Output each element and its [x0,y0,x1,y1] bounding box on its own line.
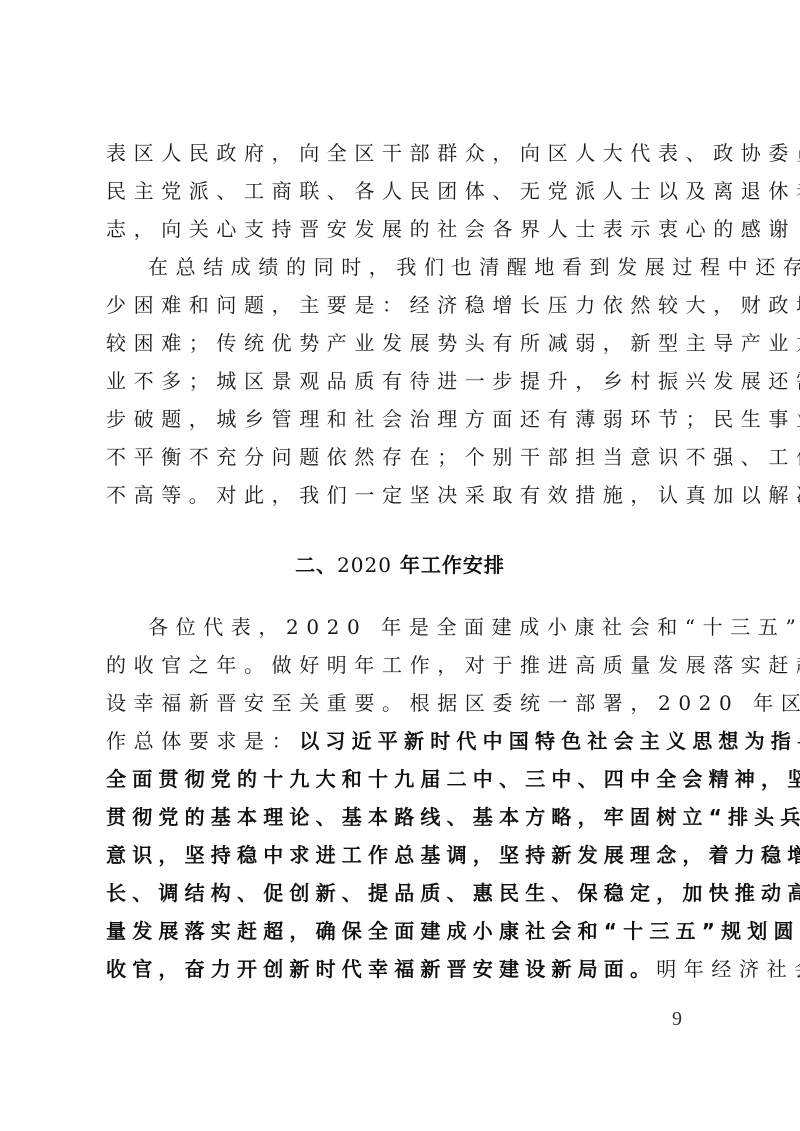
text-line: 表区人民政府，向全区干部群众，向区人大代表、政协委员和各 [106,138,706,168]
text-line: 设幸福新晋安至关重要。根据区委统一部署，2020 年区政府工 [106,688,706,718]
text-line: 在总结成绩的同时，我们也清醒地看到发展过程中还存在不 [148,252,748,282]
text-normal: 作总体要求是： [106,729,299,753]
text-line: 的收官之年。做好明年工作，对于推进高质量发展落实赶超、建 [106,650,706,680]
text-line: 作总体要求是：以习近平新时代中国特色社会主义思想为指导， [106,726,706,756]
text-line: 步破题，城乡管理和社会治理方面还有薄弱环节；民生事业发展 [106,404,706,434]
text-line: 不平衡不充分问题依然存在；个别干部担当意识不强、工作标准 [106,442,706,472]
heading-prefix: 二、 [295,553,337,577]
text-bold: 收官，奋力开创新时代幸福新晋安建设新局面。 [106,957,656,981]
text-line: 民主党派、工商联、各人民团体、无党派人士以及离退休老同 [106,176,706,206]
text-line: 少困难和问题，主要是：经济稳增长压力依然较大，财政增收比 [106,290,706,320]
text-line: 各位代表，2020 年是全面建成小康社会和“十三五”规划 [148,612,748,642]
text-line-bold: 长、调结构、促创新、提品质、惠民生、保稳定，加快推动高质 [106,878,706,908]
heading-year: 2020 [337,553,392,577]
text-bold: 以习近平新时代中国特色社会主义思想为指导， [299,729,800,753]
text-line: 业不多；城区景观品质有待进一步提升，乡村振兴发展还需进一 [106,366,706,396]
page-number: 9 [672,1008,682,1031]
text-line-bold: 全面贯彻党的十九大和十九届二中、三中、四中全会精神，坚决 [106,764,706,794]
text-line-bold: 贯彻党的基本理论、基本路线、基本方略，牢固树立“排头兵” [106,802,706,832]
text-line: 志，向关心支持晋安发展的社会各界人士表示衷心的感谢！ [106,214,706,244]
text-line-bold: 量发展落实赶超，确保全面建成小康社会和“十三五”规划圆满 [106,916,706,946]
text-normal: 明年经济社会发 [656,957,800,981]
text-line: 较困难；传统优势产业发展势头有所减弱，新型主导产业龙头企 [106,328,706,358]
text-line: 不高等。对此，我们一定坚决采取有效措施，认真加以解决。 [106,480,706,510]
text-line-bold: 意识，坚持稳中求进工作总基调，坚持新发展理念，着力稳增 [106,840,706,870]
document-page: 表区人民政府，向全区干部群众，向区人大代表、政协委员和各 民主党派、工商联、各人… [0,0,800,1131]
section-heading: 二、2020 年工作安排 [0,550,800,580]
text-line: 收官，奋力开创新时代幸福新晋安建设新局面。明年经济社会发 [106,954,706,984]
heading-suffix: 年工作安排 [392,553,505,577]
